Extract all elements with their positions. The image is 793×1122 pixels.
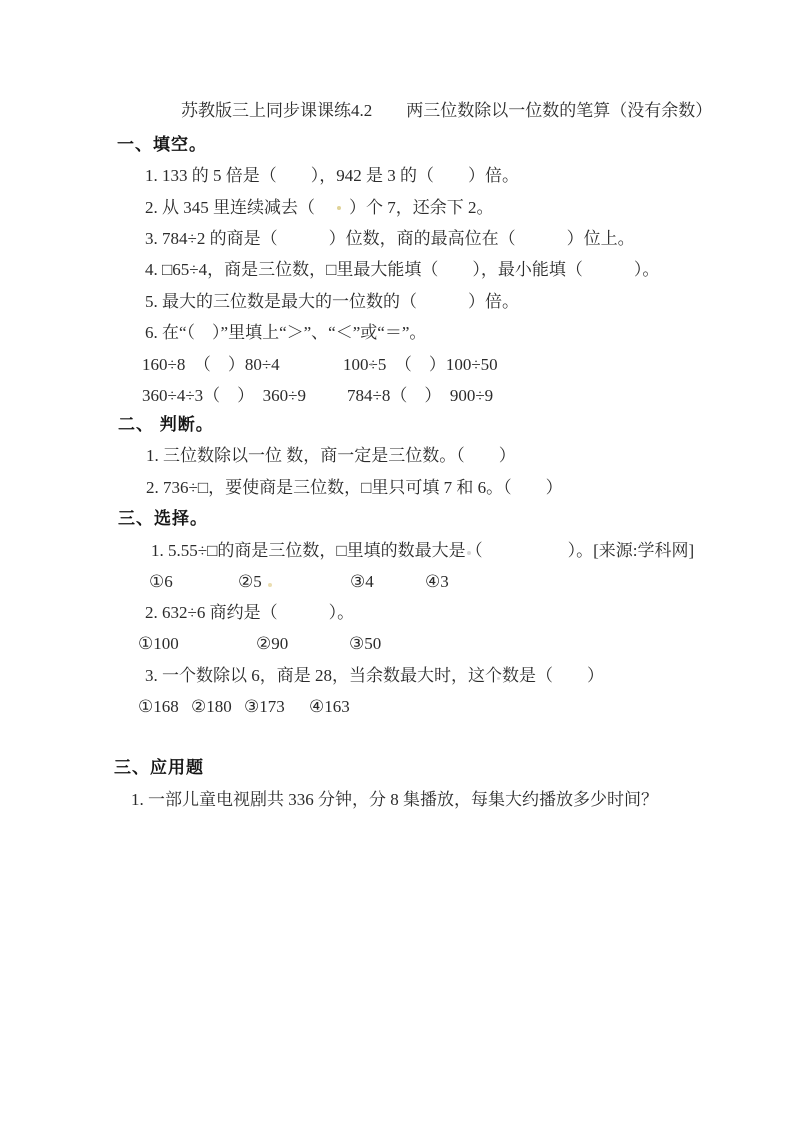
compare-expression: 160÷8 （ ）80÷4 — [142, 355, 280, 375]
choice-question-2: 2. 632÷6 商约是（ ）。 — [145, 603, 354, 623]
scan-artifact-dot — [268, 583, 272, 587]
choice-option: ①6 — [149, 572, 173, 592]
compare-expression: 100÷5 （ ）100÷50 — [343, 355, 498, 375]
choice-option: ③173 — [244, 697, 285, 717]
choice-option: ③4 — [350, 572, 374, 592]
choice-option: ②180 — [191, 697, 232, 717]
section-choice-heading: 三、选择。 — [118, 509, 208, 529]
worksheet-page: 苏教版三上同步课课练4.2 两三位数除以一位数的笔算（没有余数） 一、填空。 1… — [0, 0, 793, 1122]
judge-item-2: 2. 736÷□，要使商是三位数，□里只可填 7 和 6。（ ） — [146, 478, 563, 498]
choice-option: ④3 — [425, 572, 449, 592]
fill-item-1: 1. 133 的 5 倍是（ ），942 是 3 的（ ）倍。 — [145, 166, 519, 186]
scan-artifact-dot — [337, 206, 341, 210]
fill-item-4: 4. □65÷4，商是三位数，□里最大能填（ ），最小能填（ ）。 — [145, 260, 659, 280]
choice-option: ③50 — [349, 634, 381, 654]
applied-item-1: 1. 一部儿童电视剧共 336 分钟，分 8 集播放，每集大约播放多少时间？ — [131, 790, 658, 810]
judge-item-1: 1. 三位数除以一位 数，商一定是三位数。（ ） — [146, 446, 516, 466]
choice-option: ②90 — [256, 634, 288, 654]
choice-option: ④163 — [309, 697, 350, 717]
worksheet-title: 苏教版三上同步课课练4.2 两三位数除以一位数的笔算（没有余数） — [181, 101, 712, 121]
scan-artifact-dot — [497, 677, 500, 680]
section-judge-heading: 二、 判断。 — [118, 415, 214, 435]
compare-expression: 784÷8（ ） 900÷9 — [347, 386, 493, 406]
choice-question-1: 1. 5.55÷□的商是三位数，□里填的数最大是（ ）。[来源:学科网] — [151, 541, 694, 561]
scan-artifact-dot — [370, 363, 373, 366]
choice-option: ①168 — [138, 697, 179, 717]
compare-expression: 360÷4÷3（ ） 360÷9 — [142, 386, 306, 406]
fill-item-3: 3. 784÷2 的商是（ ）位数，商的最高位在（ ）位上。 — [145, 229, 635, 249]
fill-item-6: 6. 在“（ ）”里填上“＞”、“＜”或“＝”。 — [145, 323, 426, 343]
section-fill-heading: 一、填空。 — [117, 135, 207, 155]
choice-option: ①100 — [138, 634, 179, 654]
section-applied-heading: 三、应用题 — [114, 758, 204, 778]
fill-item-2: 2. 从 345 里连续减去（ ）个 7，还余下 2。 — [145, 198, 494, 218]
fill-item-5: 5. 最大的三位数是最大的一位数的（ ）倍。 — [145, 292, 519, 312]
choice-option: ②5 — [238, 572, 262, 592]
choice-question-3: 3. 一个数除以 6，商是 28，当余数最大时，这个数是（ ） — [145, 666, 604, 686]
scan-artifact-dot — [467, 551, 471, 555]
